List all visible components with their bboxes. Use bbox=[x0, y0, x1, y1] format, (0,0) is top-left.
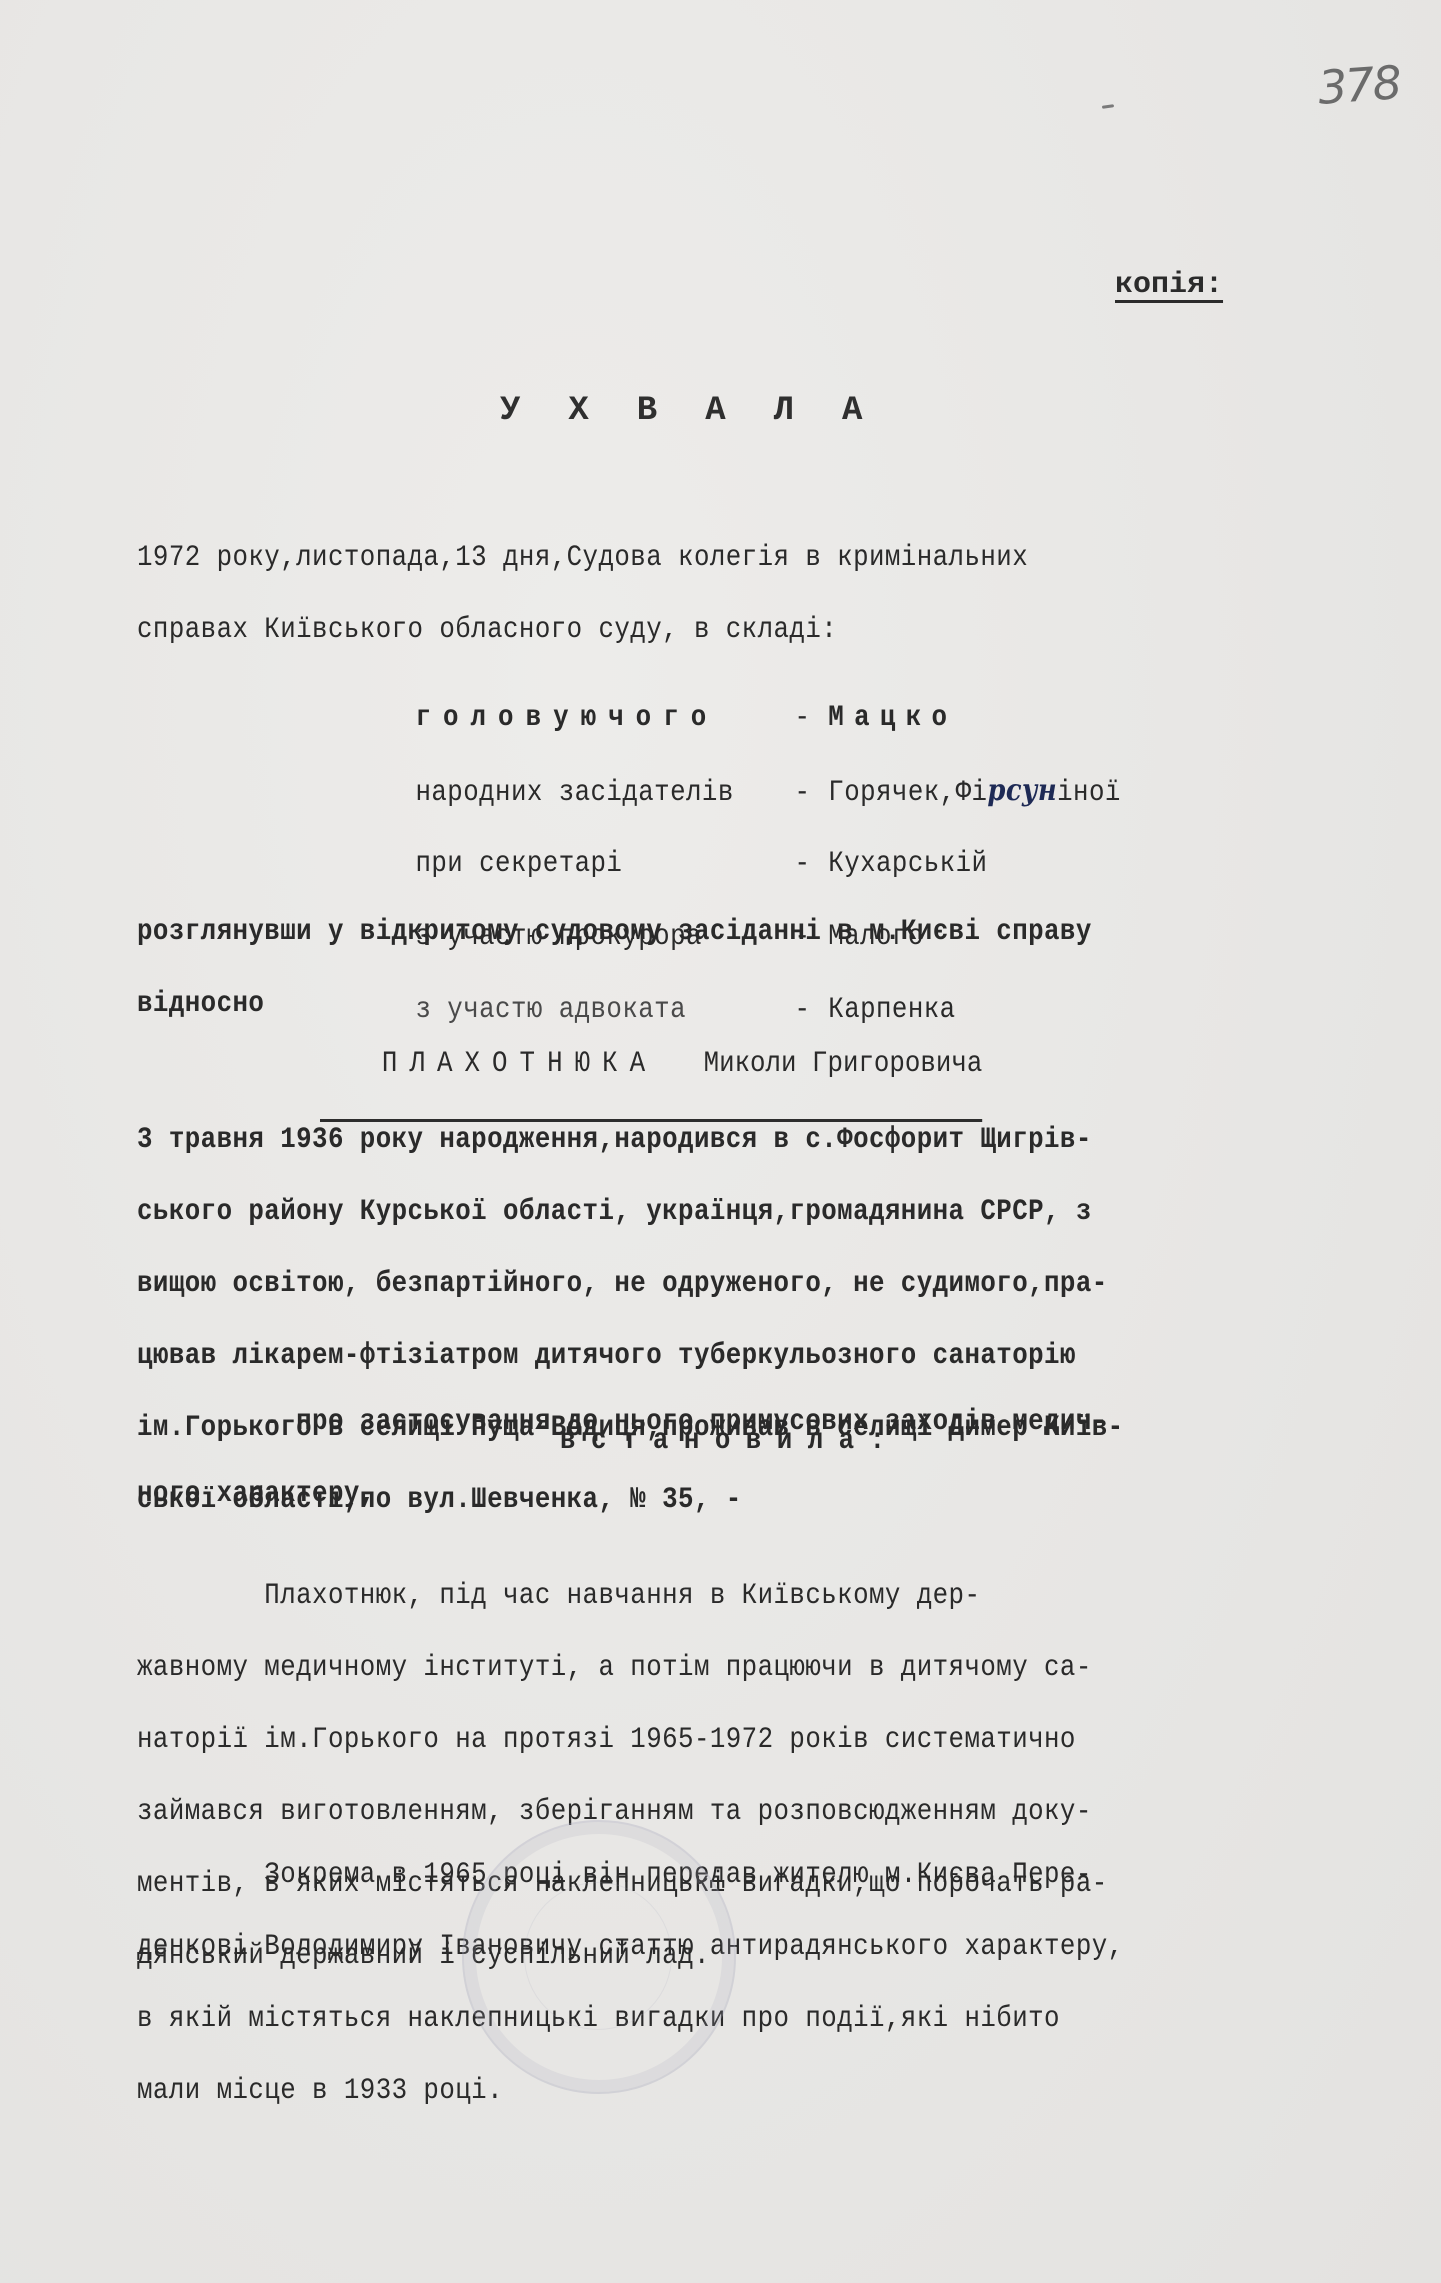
typed-name: Горячек,Фі bbox=[828, 776, 987, 810]
composition-row-assessors: народних засідателів-Горячек,Фірсуніної bbox=[320, 755, 1121, 780]
role-label: головуючого bbox=[415, 706, 776, 730]
copy-label: копія: bbox=[1115, 268, 1223, 302]
dash: - bbox=[777, 781, 829, 805]
composition-row-presiding: головуючого-Мацко bbox=[320, 682, 1121, 707]
text-line: жавному медичному інституті, а потім пра… bbox=[137, 1656, 1108, 1680]
text-line: Плахотнюк, під час навчання в Київському… bbox=[137, 1584, 1108, 1608]
text-line: мали місце в 1933 році. bbox=[137, 2079, 1124, 2103]
role-label: народних засідателів bbox=[415, 781, 776, 805]
text-line: ського району Курської області, українця… bbox=[137, 1200, 1124, 1224]
text-line: вищою освітою, безпартійного, не одружен… bbox=[137, 1272, 1124, 1296]
text-line: денкові Володимиру Івановичу статтю анти… bbox=[137, 1935, 1124, 1959]
handwritten-correction: рсун bbox=[987, 773, 1057, 808]
defendant-given-names: Миколи Григоровича bbox=[704, 1047, 983, 1081]
findings-paragraph-2: Зокрема в 1965 році він передав жителю м… bbox=[137, 1815, 1124, 2151]
document-page: 378 копія: УХВАЛА 1972 року,листопада,13… bbox=[0, 0, 1441, 2283]
text-line: розглянувши у відкритому судовому засіда… bbox=[137, 920, 1092, 944]
ink-mark bbox=[1102, 104, 1114, 109]
text-line: Зокрема в 1965 році він передав жителю м… bbox=[137, 1863, 1124, 1887]
typed-name-suffix: іної bbox=[1057, 776, 1121, 810]
purpose-paragraph: - про застосування до нього примусових з… bbox=[137, 1362, 1108, 1554]
text-line: 3 травня 1936 року народження,народився … bbox=[137, 1128, 1124, 1152]
text-line: в якій містяться наклепницькі вигадки пр… bbox=[137, 2007, 1124, 2031]
document-title: УХВАЛА bbox=[500, 392, 910, 430]
handwritten-page-number: 378 bbox=[1316, 55, 1401, 115]
established-heading: встановила: bbox=[560, 1424, 901, 1458]
text-line: 1972 року,листопада,13 дня,Судова колегі… bbox=[137, 546, 1028, 570]
dash: - bbox=[777, 706, 829, 730]
composition-row-secretary: при секретарі-Кухарській bbox=[320, 828, 1121, 853]
member-name: Мацко bbox=[828, 701, 957, 735]
member-name: Горячек,Фірсуніної bbox=[828, 776, 1120, 810]
defendant-surname: ПЛАХОТНЮКА bbox=[382, 1047, 657, 1081]
text-line: ного характеру, bbox=[137, 1482, 1108, 1506]
text-line: наторії ім.Горького на протязі 1965-1972… bbox=[137, 1728, 1108, 1752]
